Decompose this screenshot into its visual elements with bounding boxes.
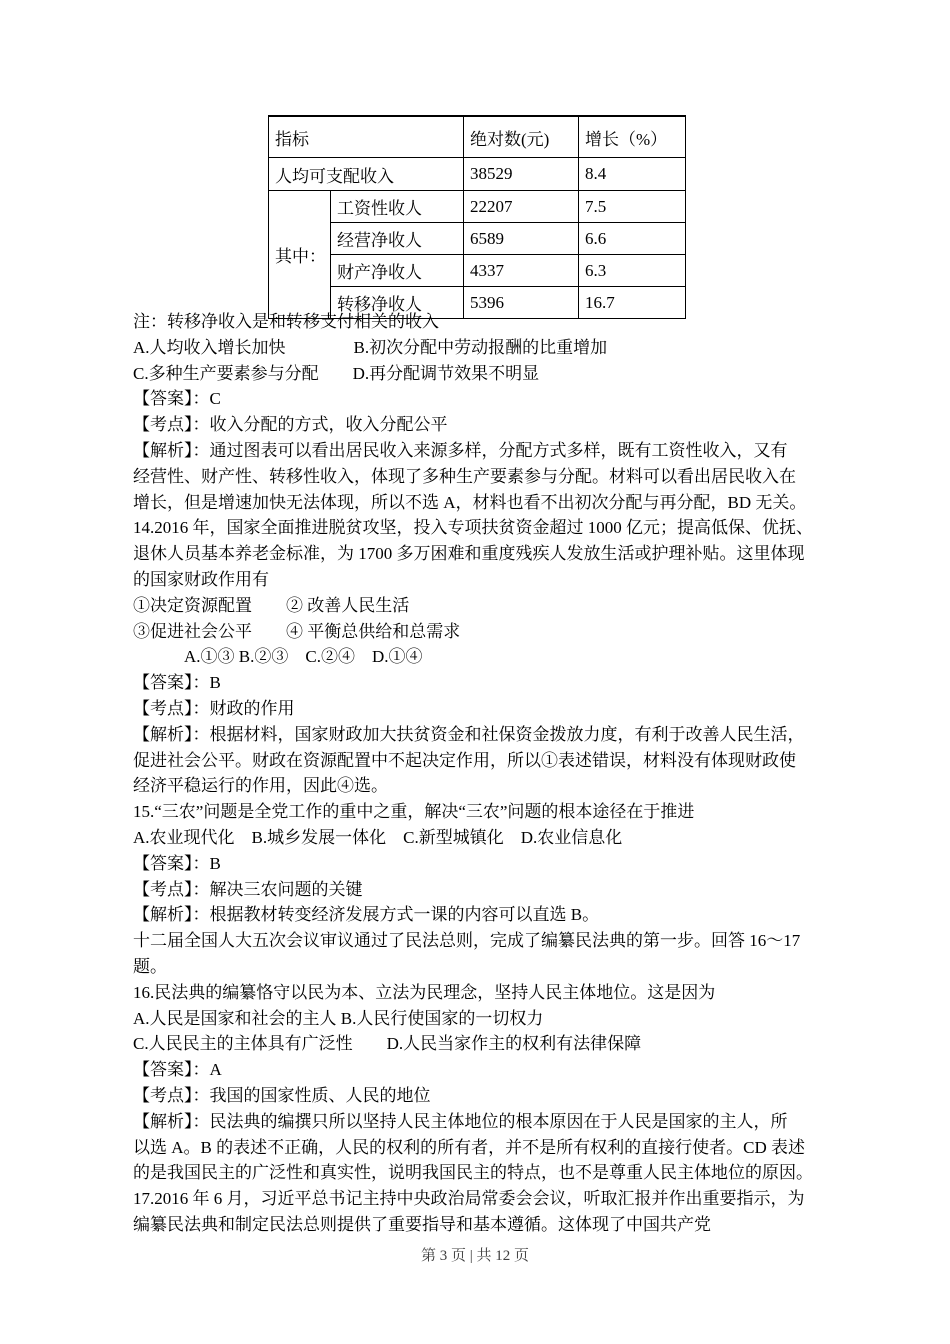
text-line: 【答案】：C [133,386,833,412]
document-page: 指标 绝对数(元) 增长（%） 人均可支配收入 38529 8.4 其中： 工资… [0,0,950,1344]
page-footer: 第 3 页 | 共 12 页 [0,1244,950,1265]
text-line: 【考点】：收入分配的方式，收入分配公平 [133,412,833,438]
page-number: 第 3 页 | 共 12 页 [421,1248,529,1264]
cell-growth: 6.3 [579,255,686,287]
text-line: A.人民是国家和社会的主人 B.人民行使国家的一切权力 [133,1006,833,1032]
text-line: 注：转移净收入是和转移支付相关的收入 [133,309,833,335]
cell-growth: 7.5 [579,191,686,223]
table-row: 人均可支配收入 38529 8.4 [269,158,686,191]
text-line: 【答案】：B [133,670,833,696]
text-line: 【解析】：根据材料，国家财政加大扶贫资金和社保资金拨放力度，有利于改善人民生活， [133,722,833,748]
text-line: 【解析】：通过图表可以看出居民收入来源多样，分配方式多样，既有工资性收入，又有 [133,438,833,464]
table-row: 经营净收人 6589 6.6 [269,223,686,255]
text-line: 15.“三农”问题是全党工作的重中之重，解决“三农”问题的根本途径在于推进 [133,799,833,825]
cell-absolute: 6589 [464,223,579,255]
cell-label: 经营净收人 [331,223,464,255]
cell-label: 工资性收人 [331,191,464,223]
cell-label: 人均可支配收入 [269,158,464,191]
text-line: 编纂民法典和制定民法总则提供了重要指导和基本遵循。这体现了中国共产党 [133,1212,833,1238]
text-line: 以选 A。B 的表述不正确，人民的权利的所有者，并不是所有权利的直接行使者。CD… [133,1135,833,1161]
cell-growth: 6.6 [579,223,686,255]
text-line: 【答案】：A [133,1057,833,1083]
table-row: 财产净收人 4337 6.3 [269,255,686,287]
text-line: 的国家财政作用有 [133,567,833,593]
header-indicator: 指标 [269,116,464,158]
text-line: A.农业现代化 B.城乡发展一体化 C.新型城镇化 D.农业信息化 [133,825,833,851]
document-body: 注：转移净收入是和转移支付相关的收入A.人均收入增长加快 B.初次分配中劳动报酬… [133,309,833,1238]
text-line: A.人均收入增长加快 B.初次分配中劳动报酬的比重增加 [133,335,833,361]
text-line: 【考点】：财政的作用 [133,696,833,722]
income-table: 指标 绝对数(元) 增长（%） 人均可支配收入 38529 8.4 其中： 工资… [268,115,686,319]
text-line: A.①③ B.②③ C.②④ D.①④ [133,644,833,670]
text-line: ①决定资源配置 ② 改善人民生活 [133,593,833,619]
cell-label: 财产净收人 [331,255,464,287]
text-line: 增长，但是增速加快无法体现，所以不选 A，材料也看不出初次分配与再分配，BD 无… [133,490,833,516]
text-line: ③促进社会公平 ④ 平衡总供给和总需求 [133,619,833,645]
table-row: 其中： 工资性收人 22207 7.5 [269,191,686,223]
text-line: C.多种生产要素参与分配 D.再分配调节效果不明显 [133,361,833,387]
header-absolute: 绝对数(元) [464,116,579,158]
text-line: 【考点】：我国的国家性质、人民的地位 [133,1083,833,1109]
cell-absolute: 38529 [464,158,579,191]
cell-absolute: 4337 [464,255,579,287]
text-line: 题。 [133,954,833,980]
text-line: 促进社会公平。财政在资源配置中不起决定作用，所以①表述错误，材料没有体现财政使 [133,748,833,774]
cell-group-label: 其中： [269,191,331,319]
cell-growth: 8.4 [579,158,686,191]
text-line: 【解析】：根据教材转变经济发展方式一课的内容可以直选 B。 [133,902,833,928]
text-line: 的是我国民主的广泛性和真实性，说明我国民主的特点，也不是尊重人民主体地位的原因。 [133,1160,833,1186]
text-line: 17.2016 年 6 月，习近平总书记主持中央政治局常委会会议，听取汇报并作出… [133,1186,833,1212]
text-line: 【考点】：解决三农问题的关键 [133,877,833,903]
text-line: 退休人员基本养老金标准，为 1700 多万困难和重度残疾人发放生活或护理补贴。这… [133,541,833,567]
text-line: C.人民民主的主体具有广泛性 D.人民当家作主的权利有法律保障 [133,1031,833,1057]
table-header-row: 指标 绝对数(元) 增长（%） [269,116,686,158]
text-line: 【解析】：民法典的编撰只所以坚持人民主体地位的根本原因在于人民是国家的主人，所 [133,1109,833,1135]
cell-absolute: 22207 [464,191,579,223]
text-line: 经济平稳运行的作用，因此④选。 [133,773,833,799]
text-line: 经营性、财产性、转移性收入，体现了多种生产要素参与分配。材料可以看出居民收入在 [133,464,833,490]
text-line: 十二届全国人大五次会议审议通过了民法总则，完成了编纂民法典的第一步。回答 16〜… [133,928,833,954]
text-line: 16.民法典的编纂恪守以民为本、立法为民理念，坚持人民主体地位。这是因为 [133,980,833,1006]
text-line: 【答案】：B [133,851,833,877]
header-growth: 增长（%） [579,116,686,158]
text-line: 14.2016 年，国家全面推进脱贫攻坚，投入专项扶贫资金超过 1000 亿元；… [133,515,833,541]
